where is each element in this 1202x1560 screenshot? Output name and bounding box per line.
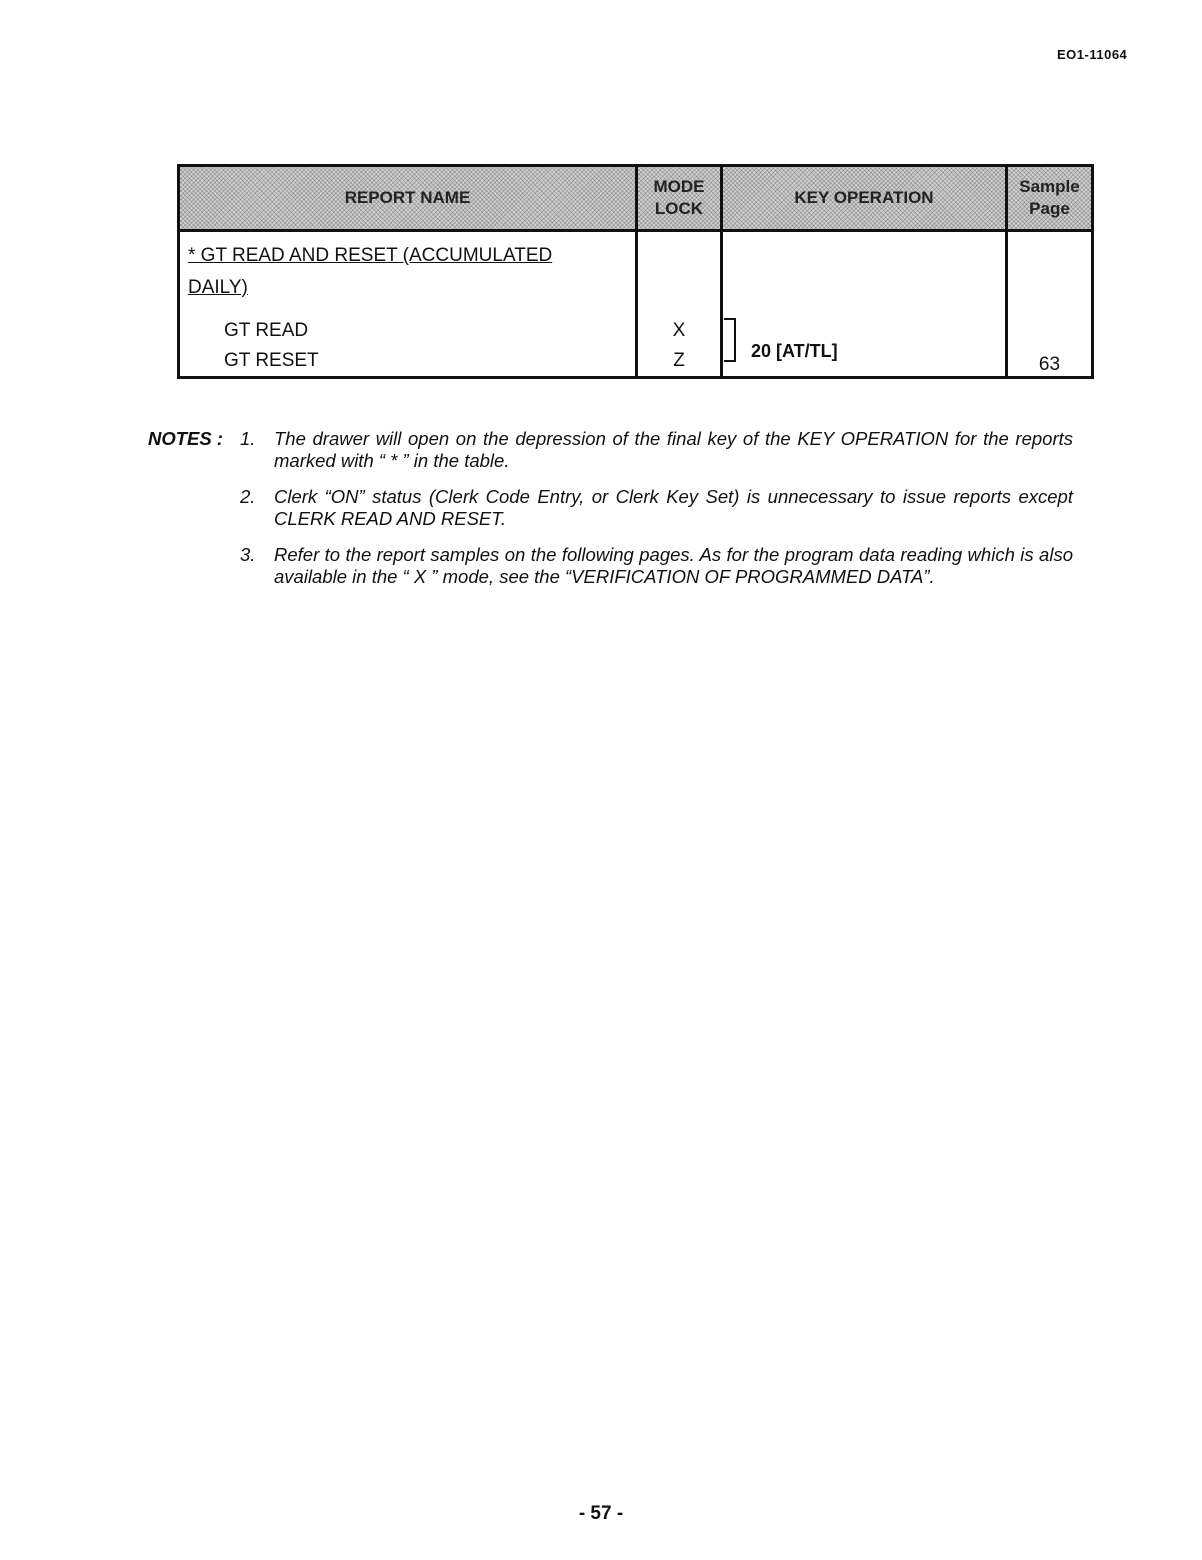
sample-page-cell: 63 — [1007, 231, 1093, 378]
header-sample-page: Sample Page — [1007, 166, 1093, 231]
document-id: EO1-11064 — [1057, 47, 1127, 62]
header-sample-line2: Page — [1008, 198, 1091, 220]
table-header-row: REPORT NAME MODE LOCK KEY OPERATION Samp… — [179, 166, 1093, 231]
report-title-line2: DAILY) — [188, 277, 248, 298]
mode-lock-cell: X Z — [637, 231, 722, 378]
table-row: * GT READ AND RESET (ACCUMULATED DAILY) … — [179, 231, 1093, 378]
bracket-icon — [724, 318, 736, 362]
page-number: - 57 - — [0, 1503, 1202, 1525]
report-table: REPORT NAME MODE LOCK KEY OPERATION Samp… — [177, 164, 1094, 379]
report-title-line1: * GT READ AND RESET (ACCUMULATED — [188, 245, 552, 266]
note-number: 1. — [240, 428, 274, 472]
note-number: 2. — [240, 486, 274, 530]
header-mode-line1: MODE — [638, 176, 720, 198]
header-report-name: REPORT NAME — [179, 166, 637, 231]
note-text: The drawer will open on the depression o… — [274, 428, 1073, 472]
report-name-cell: * GT READ AND RESET (ACCUMULATED DAILY) … — [179, 231, 637, 378]
key-operation-cell: 20 [AT/TL] — [722, 231, 1007, 378]
header-sample-line1: Sample — [1008, 176, 1091, 198]
report-item-gt-read: GT READ — [224, 316, 635, 346]
note-text: Clerk “ON” status (Clerk Code Entry, or … — [274, 486, 1073, 530]
note-1: NOTES : 1. The drawer will open on the d… — [148, 428, 1073, 472]
header-mode-line2: LOCK — [638, 198, 720, 220]
mode-x: X — [638, 316, 720, 346]
report-title: * GT READ AND RESET (ACCUMULATED DAILY) — [180, 232, 635, 304]
note-number: 3. — [240, 544, 274, 588]
header-key-operation: KEY OPERATION — [722, 166, 1007, 231]
report-items: GT READ GT RESET — [180, 316, 635, 376]
note-text: Refer to the report samples on the follo… — [274, 544, 1073, 588]
mode-z: Z — [638, 346, 720, 376]
notes-label: NOTES : — [148, 428, 240, 472]
report-item-gt-reset: GT RESET — [224, 346, 635, 376]
header-mode-lock: MODE LOCK — [637, 166, 722, 231]
notes-section: NOTES : 1. The drawer will open on the d… — [148, 428, 1073, 602]
key-operation-text: 20 [AT/TL] — [723, 341, 1005, 376]
note-2: 2. Clerk “ON” status (Clerk Code Entry, … — [148, 486, 1073, 530]
note-3: 3. Refer to the report samples on the fo… — [148, 544, 1073, 588]
